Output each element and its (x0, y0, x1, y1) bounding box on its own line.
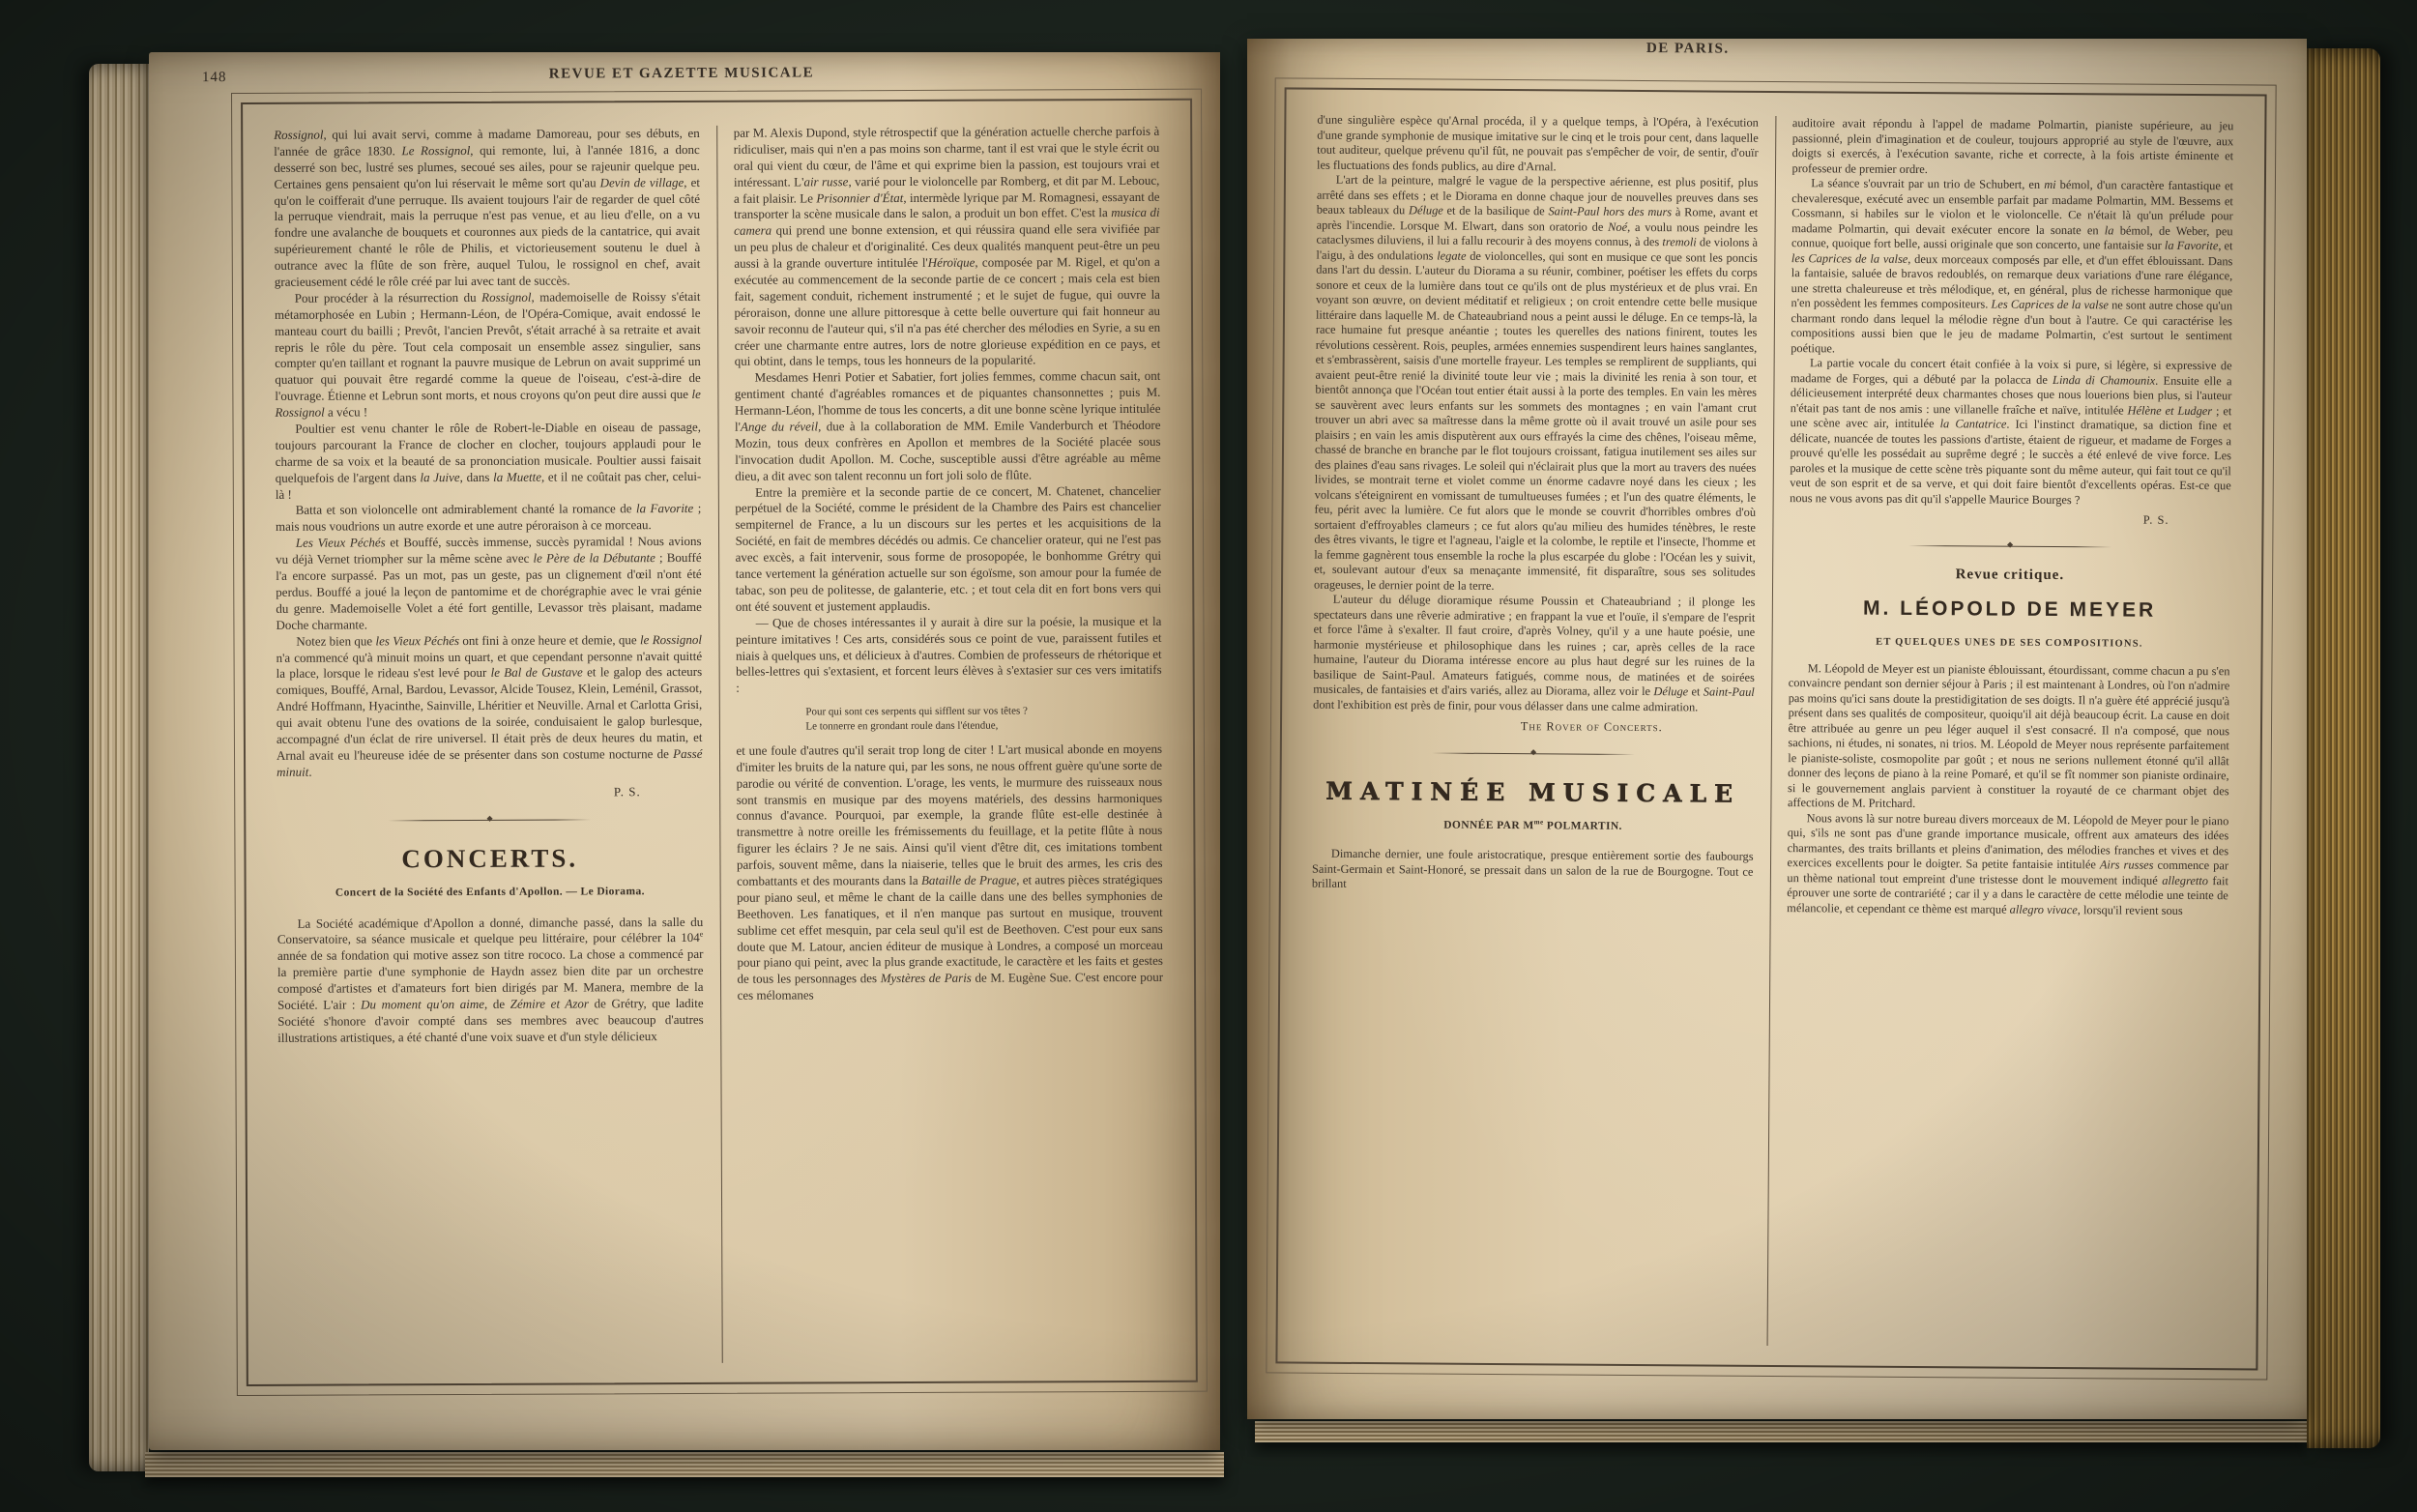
article-signature: P. S. (1790, 510, 2231, 529)
book-page-edges-left (89, 64, 149, 1471)
right-page-column-1: d'une singulière espèce qu'Arnal procéda… (1309, 113, 1776, 1346)
article-signature: P. S. (277, 784, 703, 802)
body-paragraph: La Société académique d'Apollon a donné,… (277, 914, 704, 1046)
section-divider (1908, 536, 2111, 554)
body-paragraph: L'art de la peinture, malgré le vague de… (1314, 173, 1759, 596)
verse-quote: Pour qui sont ces serpents qui sifflent … (736, 704, 1162, 735)
section-divider (1432, 743, 1635, 762)
page-frame-inner: d'une singulière espèce qu'Arnal procéda… (1275, 87, 2266, 1370)
body-paragraph: Entre la première et la seconde partie d… (735, 482, 1161, 615)
body-paragraph: Les Vieux Péchés et Bouffé, succès immen… (276, 534, 702, 633)
left-page-column-1: Rossignol, qui lui avait servi, comme à … (274, 126, 722, 1365)
section-divider (389, 810, 592, 829)
body-paragraph: — Que de choses intéressantes il y aurai… (736, 614, 1162, 697)
body-paragraph: Nous avons là sur notre bureau divers mo… (1787, 811, 2228, 919)
body-paragraph: et une foule d'autres qu'il serait trop … (736, 741, 1163, 1004)
page-frame-outer: Rossignol, qui lui avait servi, comme à … (231, 89, 1208, 1396)
body-paragraph: L'auteur du déluge dioramique résume Pou… (1313, 593, 1755, 715)
section-subheading-caps: ET QUELQUES UNES DE SES COMPOSITIONS. (1789, 635, 2230, 651)
right-page-column-2: auditoire avait répondu à l'appel de mad… (1767, 116, 2233, 1349)
right-page: DE PARIS. d'une singulière espèce qu'Arn… (1247, 39, 2307, 1419)
section-heading-concerts: CONCERTS. (277, 840, 703, 876)
body-paragraph: Rossignol, qui lui avait servi, comme à … (274, 126, 700, 291)
left-page-column-2: par M. Alexis Dupond, style rétrospectif… (717, 124, 1165, 1363)
body-paragraph: Mesdames Henri Potier et Sabatier, fort … (735, 368, 1161, 484)
section-heading-sans: M. LÉOPOLD DE MEYER (1789, 596, 2230, 624)
left-page: 148 REVUE ET GAZETTE MUSICALE Rossignol,… (149, 52, 1220, 1450)
book-page-edges-bottom-right (1255, 1421, 2307, 1442)
section-fancy: MATINÉE MUSICALE (1312, 775, 1754, 808)
book-gilt-fore-edge (2307, 48, 2380, 1448)
body-paragraph: par M. Alexis Dupond, style rétrospectif… (734, 124, 1161, 370)
body-paragraph: M. Léopold de Meyer est un pianiste éblo… (1788, 661, 2230, 814)
body-paragraph: Batta et son violoncelle ont admirableme… (276, 501, 702, 536)
article-byline: The Rover of Concerts. (1313, 718, 1755, 737)
page-frame-outer: d'une singulière espèce qu'Arnal procéda… (1266, 77, 2276, 1380)
body-paragraph: Dimanche dernier, une foule aristocratiq… (1312, 847, 1754, 895)
body-paragraph: auditoire avait répondu à l'appel de mad… (1791, 116, 2233, 179)
body-paragraph: La séance s'ouvrait par un trio de Schub… (1791, 176, 2233, 359)
body-paragraph: La partie vocale du concert était confié… (1790, 356, 2232, 509)
book-page-edges-bottom-left (145, 1452, 1224, 1477)
running-title-left: REVUE ET GAZETTE MUSICALE (146, 64, 1217, 85)
section-rubric: Revue critique. (1790, 565, 2231, 586)
body-paragraph: Pour procéder à la résurrection du Rossi… (275, 289, 701, 422)
body-paragraph: Poultier est venu chanter le rôle de Rob… (276, 420, 702, 503)
body-paragraph: d'une singulière espèce qu'Arnal procéda… (1317, 113, 1759, 176)
section-subheading: Concert de la Société des Enfants d'Apol… (277, 885, 704, 901)
body-paragraph: Notez bien que les Vieux Péchés ont fini… (276, 632, 702, 781)
page-frame-inner: Rossignol, qui lui avait servi, comme à … (241, 99, 1198, 1386)
section-subheading: DONNÉE PAR Mme POLMARTIN. (1312, 817, 1754, 834)
running-title-right: DE PARIS. (1646, 41, 1730, 58)
